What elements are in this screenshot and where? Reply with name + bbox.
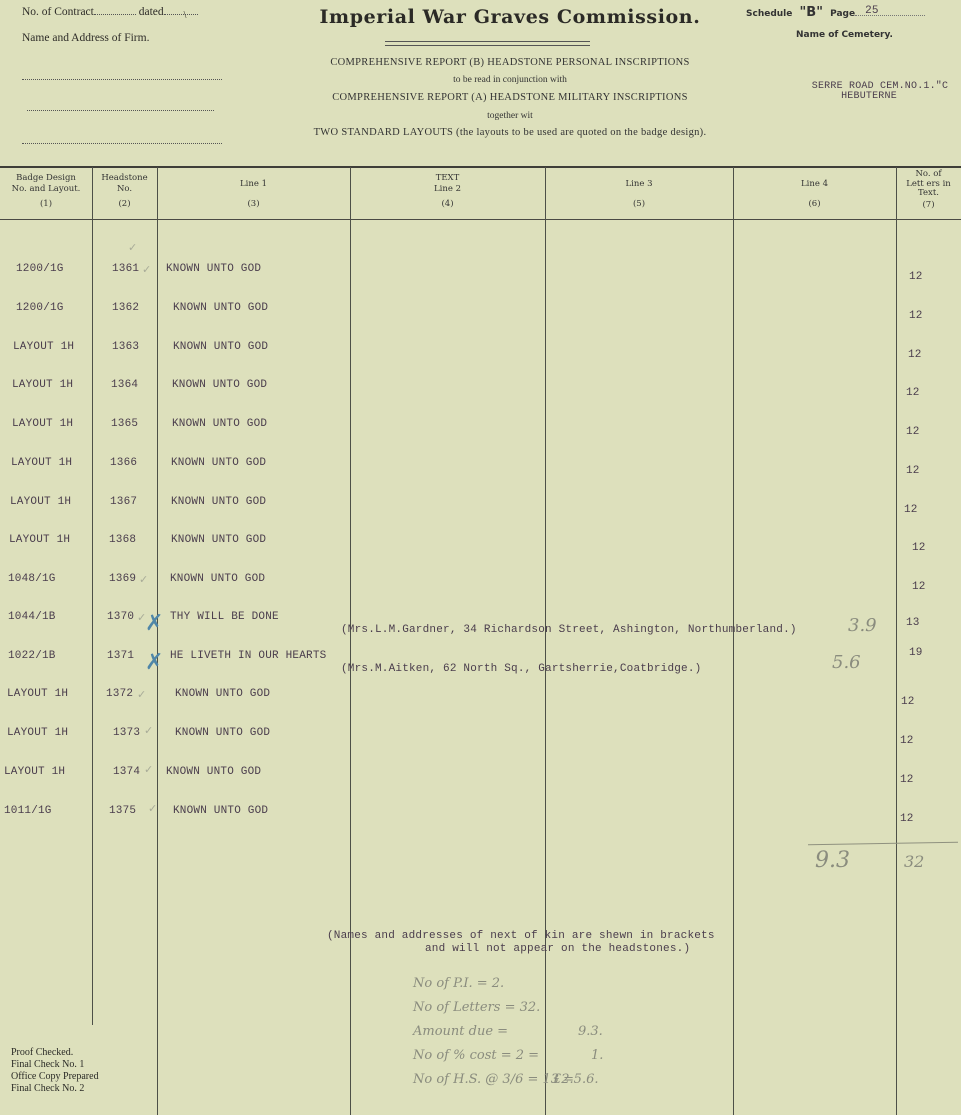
table-row: LAYOUT 1H 1363 KNOWN UNTO GOD 12 — [0, 341, 961, 361]
badge-design: LAYOUT 1H — [12, 418, 73, 430]
total-letters: 32 — [904, 852, 924, 871]
inscription-line1: KNOWN UNTO GOD — [173, 805, 268, 817]
blue-cross-mark-icon: ✗ — [145, 650, 163, 675]
page-label: Page — [830, 9, 855, 19]
column-header-headstone: Headstone No. (2) — [92, 173, 157, 210]
letter-count: 12 — [906, 387, 920, 399]
letter-count: 12 — [904, 504, 918, 516]
handwritten-cost: 3.9 — [848, 615, 877, 636]
headstone-number: 1372 — [106, 688, 133, 700]
inscription-line1: THY WILL BE DONE — [170, 611, 279, 623]
check-mark-icon: ✓ — [144, 763, 153, 776]
check-status-block: Proof Checked. Final Check No. 1 Office … — [11, 1047, 99, 1095]
table-row: 1022/1B 1371 ✗ HE LIVETH IN OUR HEARTS (… — [0, 650, 961, 670]
column-number: (3) — [157, 199, 350, 210]
letter-count: 12 — [901, 696, 915, 708]
badge-design: LAYOUT 1H — [9, 534, 70, 546]
inscription-line1: KNOWN UNTO GOD — [172, 379, 267, 391]
headstone-number: 1366 — [110, 457, 137, 469]
letter-count: 12 — [909, 271, 923, 283]
column-header-line3: Line 3 (5) — [545, 179, 733, 210]
column-header-label: Badge Design No. and Layout. — [0, 173, 92, 195]
badge-design: LAYOUT 1H — [13, 341, 74, 353]
column-divider-1 — [92, 167, 93, 1025]
inscription-line1: KNOWN UNTO GOD — [166, 766, 261, 778]
firm-line-3 — [22, 143, 222, 144]
headstone-number: 1369 — [109, 573, 136, 585]
check-mark-icon: ✓ — [128, 241, 137, 254]
next-of-kin: (Mrs.M.Aitken, 62 North Sq., Gartsherrie… — [341, 663, 701, 675]
inscription-line1: KNOWN UNTO GOD — [170, 573, 265, 585]
check-mark-icon: ✓ — [148, 802, 157, 815]
summary-value: 1. — [591, 1044, 603, 1068]
totals-rule — [808, 842, 958, 846]
badge-design: LAYOUT 1H — [7, 688, 68, 700]
badge-design: LAYOUT 1H — [12, 379, 73, 391]
title-rule — [385, 41, 590, 46]
inscription-line1: KNOWN UNTO GOD — [171, 457, 266, 469]
summary-label: No of % cost = 2 = — [413, 1048, 539, 1063]
conjunction-text: to be read in conjunction with — [240, 75, 780, 85]
page-title: Imperial War Graves Commission. — [280, 6, 740, 28]
column-header-letters: No. of Lett ers in Text. (7) — [896, 170, 961, 210]
table-row: 1048/1G 1369 ✓ KNOWN UNTO GOD 12 — [0, 573, 961, 593]
dated-mark: \ — [184, 10, 187, 21]
report-b-heading: COMPREHENSIVE REPORT (B) HEADSTONE PERSO… — [240, 57, 780, 68]
summary-line: No of P.I. = 2. — [413, 972, 733, 996]
badge-design: 1048/1G — [8, 573, 56, 585]
summary-label: No of H.S. @ 3/6 = 13 = — [413, 1072, 574, 1087]
cemetery-label: Name of Cemetery. — [796, 30, 893, 40]
table-row: LAYOUT 1H 1367 KNOWN UNTO GOD 12 — [0, 496, 961, 516]
summary-line: No of Letters = 32. — [413, 996, 733, 1020]
column-header-label: TEXT Line 2 — [350, 173, 545, 195]
letter-count: 12 — [909, 310, 923, 322]
check-mark-icon: ✓ — [137, 688, 146, 701]
letter-count: 12 — [912, 581, 926, 593]
badge-design: LAYOUT 1H — [7, 727, 68, 739]
inscription-line1: KNOWN UNTO GOD — [171, 496, 266, 508]
firm-line-2 — [27, 110, 214, 111]
letter-count: 12 — [908, 349, 922, 361]
table-header-rule — [0, 219, 961, 220]
check-mark-icon: ✓ — [142, 263, 151, 276]
cemetery-name: SERRE ROAD CEM.NO.1."C HEBUTERNE — [790, 82, 961, 102]
headstone-number: 1374 — [113, 766, 140, 778]
headstone-number: 1362 — [112, 302, 139, 314]
table-top-rule — [0, 166, 961, 168]
headstone-number: 1367 — [110, 496, 137, 508]
inscription-line1: KNOWN UNTO GOD — [175, 688, 270, 700]
together-text: together wit — [240, 111, 780, 121]
column-header-label: Headstone No. — [92, 173, 157, 195]
dated-label: dated — [139, 6, 164, 18]
badge-design: 1044/1B — [8, 611, 56, 623]
table-row: LAYOUT 1H 1365 KNOWN UNTO GOD 12 — [0, 418, 961, 438]
report-a-heading: COMPREHENSIVE REPORT (A) HEADSTONE MILIT… — [240, 92, 780, 103]
headstone-number: 1363 — [112, 341, 139, 353]
table-row: 1044/1B 1370 ✓ ✗ THY WILL BE DONE (Mrs.L… — [0, 611, 961, 631]
column-header-line1: Line 1 (3) — [157, 179, 350, 210]
check-mark-icon: ✓ — [139, 573, 148, 586]
inscription-line1: KNOWN UNTO GOD — [175, 727, 270, 739]
schedule-text: Schedule — [746, 9, 792, 19]
table-row: 1200/1G 1361 ✓ KNOWN UNTO GOD 12 — [0, 263, 961, 283]
letter-count: 12 — [906, 465, 920, 477]
inscription-line1: KNOWN UNTO GOD — [173, 302, 268, 314]
letter-count: 12 — [900, 735, 914, 747]
table-row: LAYOUT 1H 1374 ✓ KNOWN UNTO GOD 12 — [0, 766, 961, 786]
column-header-label: Line 4 — [733, 179, 896, 190]
headstone-number: 1368 — [109, 534, 136, 546]
contract-number-label: No. of Contract — [22, 6, 94, 18]
column-number: (1) — [0, 199, 92, 210]
inscription-line1: KNOWN UNTO GOD — [166, 263, 261, 275]
headstone-number: 1371 — [107, 650, 134, 662]
summary-value: £2.5.6. — [553, 1068, 598, 1092]
table-row: 1200/1G 1362 KNOWN UNTO GOD 12 — [0, 302, 961, 322]
blue-cross-mark-icon: ✗ — [145, 611, 163, 636]
final-check-1-label: Final Check No. 1 — [11, 1059, 99, 1071]
column-number: (5) — [545, 199, 733, 210]
column-number: (7) — [896, 201, 961, 211]
badge-design: 1200/1G — [16, 263, 64, 275]
check-mark-icon: ✓ — [144, 724, 153, 737]
table-row: LAYOUT 1H 1364 KNOWN UNTO GOD 12 — [0, 379, 961, 399]
badge-design: LAYOUT 1H — [10, 496, 71, 508]
column-number: (6) — [733, 199, 896, 210]
inscription-line1: KNOWN UNTO GOD — [171, 534, 266, 546]
table-row: LAYOUT 1H 1373 ✓ KNOWN UNTO GOD 12 — [0, 727, 961, 747]
badge-design: 1022/1B — [8, 650, 56, 662]
summary-line: Amount due =9.3. — [413, 1020, 733, 1044]
handwritten-summary: No of P.I. = 2. No of Letters = 32. Amou… — [413, 972, 733, 1092]
office-copy-label: Office Copy Prepared — [11, 1071, 99, 1083]
total-cost: 9.3 — [815, 848, 850, 873]
column-header-label: No. of Lett ers in Text. — [896, 170, 961, 199]
handwritten-cost: 5.6 — [832, 652, 861, 673]
summary-label: No of Letters = 32. — [413, 1000, 540, 1015]
note-line2: and will not appear on the headstones.) — [327, 943, 715, 956]
next-of-kin-note: (Names and addresses of next of kin are … — [327, 930, 715, 956]
inscription-line1: KNOWN UNTO GOD — [173, 341, 268, 353]
inscription-line1: HE LIVETH IN OUR HEARTS — [170, 650, 326, 662]
table-row: LAYOUT 1H 1372 ✓ KNOWN UNTO GOD 12 — [0, 688, 961, 708]
layouts-text: TWO STANDARD LAYOUTS (the layouts to be … — [240, 127, 780, 138]
column-number: (4) — [350, 199, 545, 210]
note-line1: (Names and addresses of next of kin are … — [327, 930, 715, 943]
column-header-line4: Line 4 (6) — [733, 179, 896, 210]
cemetery-name-line2: HEBUTERNE — [768, 92, 961, 102]
column-header-label: Line 1 — [157, 179, 350, 190]
badge-design: LAYOUT 1H — [11, 457, 72, 469]
badge-design: LAYOUT 1H — [4, 766, 65, 778]
next-of-kin: (Mrs.L.M.Gardner, 34 Richardson Street, … — [341, 624, 797, 636]
table-row: LAYOUT 1H 1368 KNOWN UNTO GOD 12 — [0, 534, 961, 554]
headstone-number: 1361 — [112, 263, 139, 275]
headstone-number: 1364 — [111, 379, 138, 391]
summary-label: Amount due = — [413, 1024, 508, 1039]
final-check-2-label: Final Check No. 2 — [11, 1083, 99, 1095]
headstone-number: 1370 — [107, 611, 134, 623]
headstone-number: 1373 — [113, 727, 140, 739]
letter-count: 12 — [906, 426, 920, 438]
column-header-badge: Badge Design No. and Layout. (1) — [0, 173, 92, 210]
column-number: (2) — [92, 199, 157, 210]
letter-count: 12 — [900, 813, 914, 825]
inscription-line1: KNOWN UNTO GOD — [172, 418, 267, 430]
headstone-number: 1365 — [111, 418, 138, 430]
badge-design: 1200/1G — [16, 302, 64, 314]
headstone-number: 1375 — [109, 805, 136, 817]
badge-design: 1011/1G — [4, 805, 52, 817]
letter-count: 12 — [900, 774, 914, 786]
table-row: 1011/1G 1375 ✓ KNOWN UNTO GOD 12 — [0, 805, 961, 825]
summary-line: No of % cost = 2 =1. — [413, 1044, 733, 1068]
summary-line: No of H.S. @ 3/6 = 13 =£2.5.6. — [413, 1068, 733, 1092]
summary-value: 9.3. — [578, 1020, 603, 1044]
column-header-line2: TEXT Line 2 (4) — [350, 173, 545, 210]
letter-count: 12 — [912, 542, 926, 554]
contract-label: No. of Contract dated\ — [22, 6, 198, 18]
firm-label: Name and Address of Firm. — [22, 32, 149, 44]
page-number: 25 — [865, 5, 879, 17]
firm-line-1 — [22, 79, 222, 80]
table-row: LAYOUT 1H 1366 KNOWN UNTO GOD 12 — [0, 457, 961, 477]
schedule-label: Schedule "B" Page25 — [746, 5, 925, 20]
summary-label: No of P.I. = 2. — [413, 976, 504, 991]
schedule-value: "B" — [800, 5, 823, 20]
letter-count: 13 — [906, 617, 920, 629]
letter-count: 19 — [909, 647, 923, 659]
proof-checked-label: Proof Checked. — [11, 1047, 99, 1059]
column-header-label: Line 3 — [545, 179, 733, 190]
